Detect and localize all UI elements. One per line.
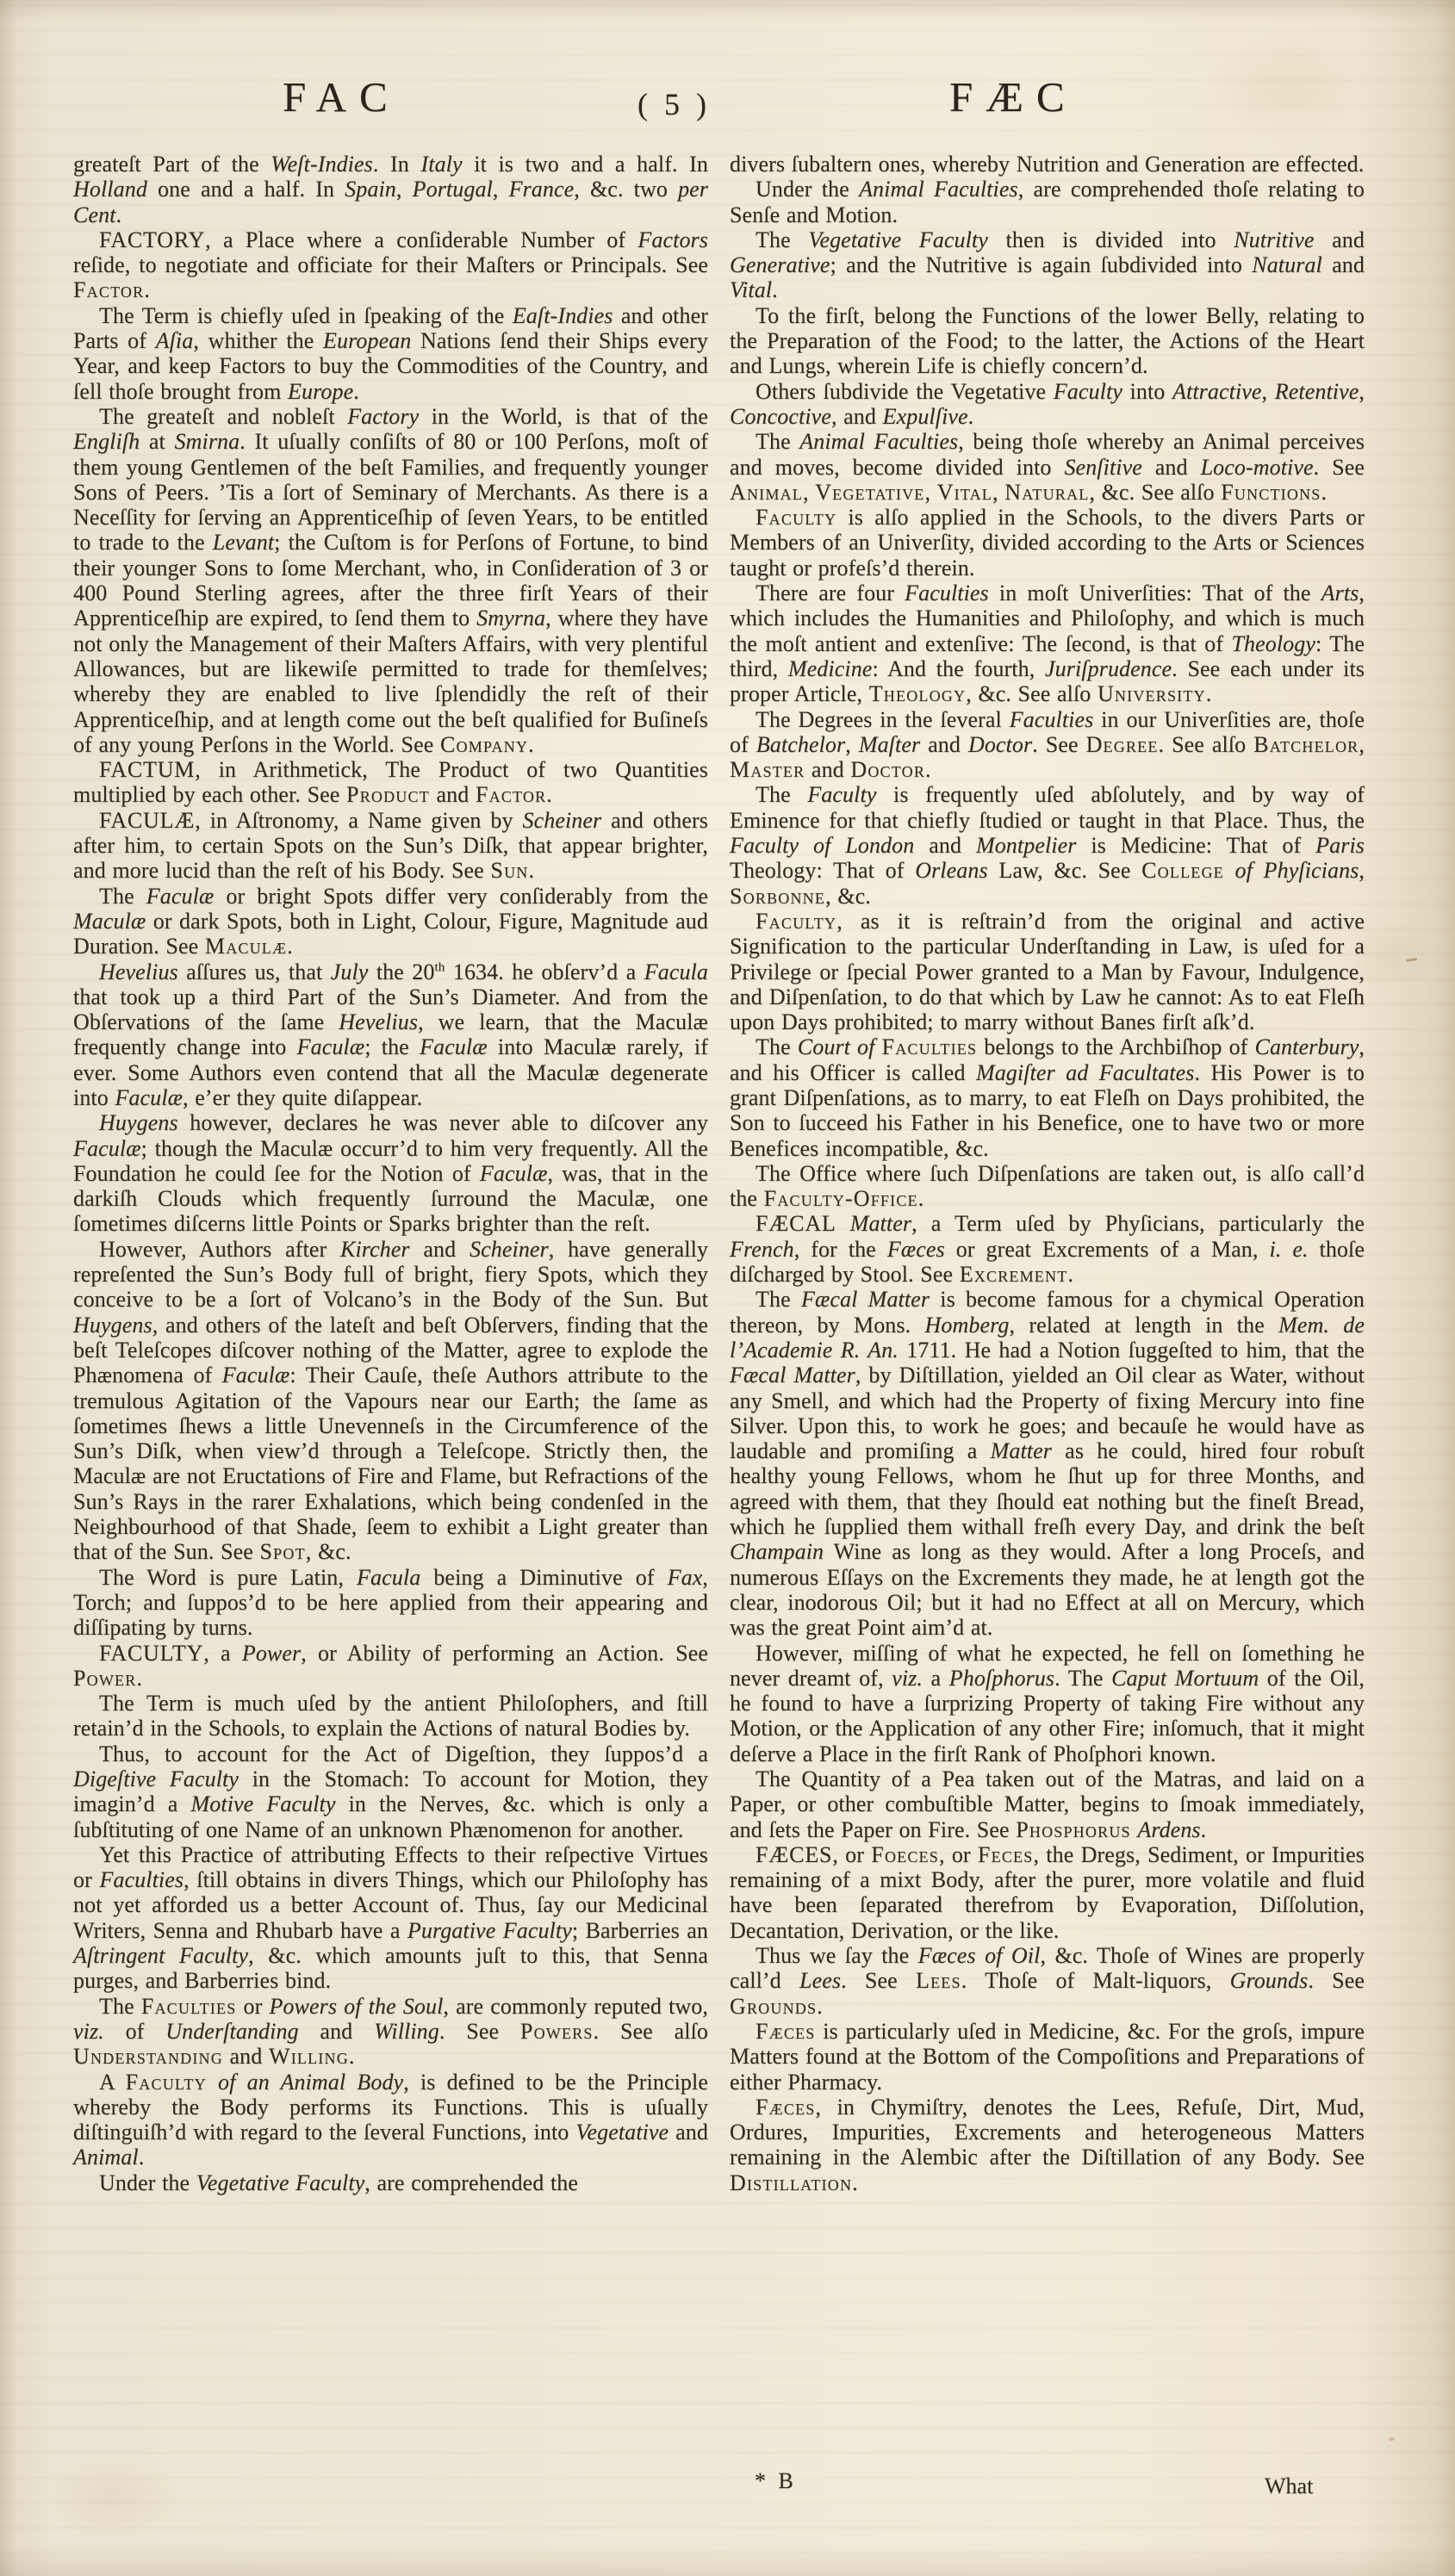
text-segment: Ardens [1137,1817,1200,1842]
text-segment: . See [841,1968,916,1993]
text-segment: The [99,884,146,909]
text-segment: Matter [850,1211,911,1236]
header-left-title: FAC [283,72,401,121]
text-segment: Fæces [755,2095,815,2120]
text-segment: Natural [1004,480,1089,505]
text-segment: Willing [269,2044,349,2069]
text-segment: . [139,2145,145,2169]
text-segment: , related at length in the [1009,1313,1278,1338]
text-segment: The Word is pure Latin, [99,1565,357,1590]
text-segment: one and a half. In [147,177,345,202]
text-segment: , [1359,379,1365,404]
text-segment: Maculæ [73,909,146,934]
text-segment: Facula [644,959,708,984]
text-segment: College [1141,858,1224,883]
paragraph: FACULTY, a Power, or Ability of performi… [73,1641,708,1691]
text-segment: it is two and a half. In [463,152,708,177]
text-segment: Distillation [730,2170,852,2195]
text-segment: being a Diminutive of [420,1565,667,1590]
text-segment: , in Aſtronomy, a Name given by [195,808,522,833]
paragraph: FACTORY, a Place where a conſiderable Nu… [73,227,708,303]
text-segment: 1711. He had a Notion ſuggeſted to him, … [898,1338,1365,1362]
text-segment: Factor [73,277,144,302]
text-segment: Faculæ [146,884,215,909]
text-segment: French [730,1237,794,1262]
text-segment: Animal Faculties [859,177,1018,202]
text-segment: Vegetative [815,480,924,505]
text-segment: . In [373,152,421,177]
text-segment: University [1097,681,1206,706]
text-segment: into [1122,379,1172,404]
text-segment: Champain [730,1539,824,1564]
text-segment: Factors [637,227,708,252]
text-segment: Lees [799,1968,841,1993]
text-segment: Generative [730,252,830,277]
text-segment: , a Term uſed by Phyſicians, particularl… [911,1211,1365,1236]
text-segment: Holland [73,177,147,202]
text-segment: Powers [520,2019,594,2044]
text-segment: Company [440,732,528,757]
text-segment: Functions [1221,480,1321,505]
text-segment: The Degrees in the ſeveral [755,707,1010,732]
text-segment: , [924,480,936,505]
foxing-spot [1389,2437,1395,2441]
signature-mark: * B [755,2468,797,2494]
text-segment: Spain [345,177,396,202]
text-segment: FACTUM [99,757,195,782]
text-segment: Maſter [859,732,920,757]
text-segment: Fæcal Matter [730,1362,855,1387]
paragraph: FACULÆ, in Aſtronomy, a Name given by Sc… [73,808,708,884]
text-segment: and [223,2044,269,2069]
paragraph: To the firſt, belong the Functions of th… [730,303,1365,379]
text-segment: Faculæ [420,1034,488,1059]
text-segment: Montpelier [976,833,1077,858]
text-segment: The [755,429,799,454]
text-segment: France [509,177,575,202]
text-segment: , whither the [193,328,323,353]
text-segment: . [918,1186,924,1211]
text-segment: Homberg [925,1313,1010,1338]
text-segment: ; Barberries an [572,1918,708,1943]
text-segment: Fax [668,1565,703,1590]
text-segment: divers ſubaltern ones, whereby Nutrition… [730,152,1364,177]
paragraph: Under the Animal Faculties, are comprehe… [730,177,1365,227]
text-segment: , [493,177,509,202]
text-segment: of [104,2019,165,2044]
text-segment: and [1322,252,1365,277]
paragraph: Huygens however, declares he was never a… [73,1110,708,1236]
text-segment: July [331,959,369,984]
text-segment: . [925,757,931,782]
text-segment: Faculæ [480,1161,548,1186]
text-segment: Batchelor [756,732,845,757]
text-segment: . Thoſe of Malt-liquors, [961,1968,1230,1993]
text-segment: Wine as long as they would. After a long… [730,1539,1365,1640]
text-segment: of Phyſicians [1235,858,1359,883]
text-segment: Eaſt-Indies [513,303,613,328]
text-segment: Faculties [99,1867,183,1892]
text-segment: The [755,1034,798,1059]
paragraph: The Fæcal Matter is become famous for a … [730,1287,1365,1640]
text-segment: A [99,2070,126,2095]
text-segment: . [1206,681,1212,706]
text-segment: , are commonly reputed two, [443,1994,708,2019]
text-segment: Facula [357,1565,420,1590]
text-segment: Underſtanding [165,2019,298,2044]
text-segment: Factory [347,404,419,429]
text-segment: Medicine [788,656,873,681]
text-segment: ; the [364,1034,420,1059]
text-segment: Fæces [755,2019,815,2044]
text-segment: The greateſt and nobleſt [99,404,347,429]
text-segment: , or Ability of performing an Action. Se… [301,1641,708,1666]
text-segment: Hevelius [99,959,178,984]
text-segment: Motive Faculty [191,1791,336,1816]
text-segment: Italy [421,152,463,177]
paragraph: FACTUM, in Arithmetick, The Product of t… [73,757,708,808]
text-segment: FÆCAL [755,1211,836,1236]
text-segment: Faculty of London [730,833,914,858]
text-segment: , or [832,1842,871,1867]
text-segment: Lees [916,1968,961,1993]
text-segment: : Their Cauſe, theſe Authors attribute t… [73,1362,708,1564]
text-segment: Purgative Faculty [407,1918,572,1943]
text-segment: Aſia [156,328,194,353]
ink-speck [1406,958,1417,961]
text-segment: , &c. [306,1539,351,1564]
paragraph: FÆCES, or Foeces, or Feces, the Dregs, S… [730,1842,1365,1943]
text-segment: Aſtringent Faculty [73,1943,248,1968]
text-segment: Doctor [968,732,1032,757]
text-segment: ; and the Nutritive is again ſubdivided … [830,252,1253,277]
text-segment: Vegetative Faculty [808,227,988,252]
text-segment: or bright Spots differ very conſiderably… [214,884,708,909]
text-segment: or [236,1994,269,2019]
text-segment: Natural [1252,252,1322,277]
text-segment: Others ſubdivide the Vegetative [755,379,1054,404]
paragraph: The Quantity of a Pea taken out of the M… [730,1766,1365,1842]
text-segment: Thus we ſay the [755,1943,918,1968]
text-segment: , a [203,1641,242,1666]
text-segment: in the World, is that of the [419,404,708,429]
text-segment: and [805,757,850,782]
paragraph: Faculty, as it is reſtrain’d from the or… [730,909,1365,1034]
text-segment: Phosphorus [1016,1817,1131,1842]
text-segment: Faculæ [297,1034,365,1059]
text-segment: Grounds [1230,1968,1309,1993]
paragraph: Fæces is particularly uſed in Medicine, … [730,2019,1365,2095]
page-background: FAC ( 5 ) FÆC greateſt Part of the Weſt-… [0,0,1455,2576]
text-segment: , a Place where a conſiderable Number of [205,227,637,252]
text-segment: or great Excrements of a Man, [945,1237,1270,1262]
paragraph: The greateſt and nobleſt Factory in the … [73,404,708,757]
text-segment: . See [1308,1968,1365,1993]
paragraph: The Degrees in the ſeveral Faculties in … [730,707,1365,783]
text-segment: Huygens [99,1110,178,1135]
text-segment: FACTORY [99,227,205,252]
text-segment: Product [346,782,430,807]
text-segment: Scheiner [522,808,601,833]
text-segment: Scheiner [469,1237,549,1262]
text-segment: Smirna [175,429,240,454]
paragraph: Yet this Practice of attributing Effects… [73,1842,708,1994]
text-segment: Faculties [1010,707,1094,732]
text-segment: Faculæ [73,1136,141,1161]
paragraph: There are four Faculties in moſt Univerſ… [730,580,1365,706]
text-segment: the 20 [368,959,434,984]
text-segment: FACULTY [99,1641,203,1666]
text-segment: . [116,202,122,227]
text-segment: Faculæ [222,1362,290,1387]
text-segment: . See [1032,732,1085,757]
catchword: What [1265,2474,1313,2499]
text-segment: Portugal [413,177,493,202]
paragraph: Faculty is alſo applied in the Schools, … [730,505,1365,580]
text-segment: is particularly uſed in Medicine, &c. Fo… [730,2019,1365,2095]
text-segment: Weſt-Indies [270,152,373,177]
text-segment: and [1142,455,1201,480]
text-segment: To the firſt, belong the Functions of th… [730,303,1365,379]
header-right-title: FÆC [949,72,1078,121]
text-segment: The Term is chiefly uſed in ſpeaking of … [99,303,513,328]
page-number: ( 5 ) [637,86,711,122]
text-segment: however, declares he was never able to d… [178,1110,708,1135]
text-segment: . [136,1666,142,1691]
text-segment: Degree [1086,732,1159,757]
text-segment: . See [439,2019,520,2044]
text-segment: . [353,379,359,404]
text-segment: , [845,732,859,757]
text-segment: Faculty [126,2070,207,2095]
text-segment: Under the [755,177,859,202]
text-segment: . See alſo [1159,732,1254,757]
text-segment: . [968,404,974,429]
text-segment: . [546,782,552,807]
text-segment: The [755,227,808,252]
text-segment: , and [831,404,883,429]
text-segment: , or [939,1842,978,1867]
paragraph: Others ſubdivide the Vegetative Faculty … [730,379,1365,430]
text-segment: , [396,177,413,202]
text-segment: , [1262,379,1275,404]
text-segment: Understanding [73,2044,223,2069]
text-segment: . [1321,480,1327,505]
paragraph: The Court of Faculties belongs to the Ar… [730,1034,1365,1160]
text-segment: Excrement [960,1262,1068,1287]
text-segment: : And the fourth, [872,656,1045,681]
text-segment: viz. [892,1666,923,1691]
text-segment: Magiſter ad Facultates [976,1060,1195,1085]
paragraph: Fæces, in Chymiſtry, denotes the Lees, R… [730,2095,1365,2195]
paragraph: The Faculty is frequently uſed abſolutel… [730,782,1365,908]
text-segment: Arts [1321,580,1359,605]
text-segment: and [920,732,968,757]
paragraph: The Animal Faculties, being thoſe whereb… [730,429,1365,505]
text-segment: belongs to the Archbiſhop of [977,1034,1254,1059]
text-segment: . [772,277,778,302]
text-segment: and [430,782,476,807]
text-segment: aſſures us, that [178,959,331,984]
text-segment: , &c. See alſo [1089,480,1221,505]
text-segment: Faculæ [115,1085,183,1110]
text-segment [1224,858,1235,883]
text-segment: Faculties [905,580,989,605]
text-segment: . See [1314,455,1365,480]
text-segment: , [803,480,815,505]
text-segment: Powers of the Soul [269,1994,443,2019]
text-segment: . [852,2170,858,2195]
paragraph: Under the Vegetative Faculty, are compre… [73,2170,708,2195]
text-segment: a [923,1666,949,1691]
text-segment: i. e. [1269,1237,1308,1262]
text-segment: Kircher [340,1237,410,1262]
text-segment: Law, &c. See [988,858,1141,883]
text-segment: , [1359,858,1365,883]
text-segment: Vital [730,277,772,302]
text-segment: , for the [794,1237,887,1262]
text-segment: Court of [798,1034,875,1059]
text-segment: and [668,2120,708,2145]
text-segment: European [323,328,411,353]
text-segment: . [1201,1817,1207,1842]
text-segment: , [1359,732,1365,757]
text-segment: Sun [490,858,528,883]
text-segment: Vital [937,480,992,505]
text-segment: Theology [1231,631,1315,656]
paragraph: The Term is much uſed by the antient Phi… [73,1691,708,1741]
text-segment: FACULÆ [99,808,195,833]
text-segment: Under the [99,2170,196,2195]
paragraph: divers ſubaltern ones, whereby Nutrition… [730,152,1365,177]
text-segment: is Medicine: That of [1076,833,1315,858]
text-segment: . [528,732,534,757]
paragraph: The Word is pure Latin, Facula being a D… [73,1565,708,1641]
paragraph: Thus, to account for the Act of Digeſtio… [73,1741,708,1842]
text-segment: Faculties [882,1034,978,1059]
paragraph: greateſt Part of the Weſt-Indies. In Ita… [73,152,708,227]
text-segment: . The [1054,1666,1111,1691]
text-segment: Vegetative [575,2120,668,2145]
text-segment: Paris [1315,833,1365,858]
text-segment: . [1067,1262,1073,1287]
text-segment: Faculty [755,505,836,530]
text-segment: Power [242,1641,301,1666]
text-segment: Fæcal Matter [801,1287,930,1312]
text-segment: Willing [374,2019,439,2044]
text-segment: Master [730,757,805,782]
text-segment: Fæces [887,1237,945,1262]
text-segment: Factor [476,782,546,807]
text-segment: , in Chymiſtry, denotes the Lees, Refuſe… [730,2095,1365,2170]
paragraph: The Office where ſuch Diſpenſations are … [730,1161,1365,1212]
text-segment: , &c. [825,884,871,909]
text-segment: . [287,934,293,959]
text-segment: , [992,480,1004,505]
paragraph: FÆCAL Matter, a Term uſed by Phyſicians,… [730,1211,1365,1287]
text-segment: and [914,833,976,858]
text-segment: and [410,1237,469,1262]
column-left: greateſt Part of the Weſt-Indies. In Ita… [73,152,708,2195]
text-segment: Fæces of Oil [918,1943,1041,1968]
paragraph: The Faculæ or bright Spots differ very c… [73,884,708,959]
text-segment: Phoſphorus [949,1666,1054,1691]
text-segment: , e’er they quite diſappear. [183,1085,422,1110]
text-segment: viz. [73,2019,104,2044]
text-segment: . [349,2044,355,2069]
text-segment: Animal [730,480,803,505]
text-segment: , &c. two [574,177,678,202]
text-segment: Loco-motive [1201,455,1314,480]
text-segment: Retentive [1275,379,1359,404]
text-segment: Faculty [755,909,836,934]
text-segment: , are comprehended the [364,2170,578,2195]
text-segment: Concoctive [730,404,831,429]
text-segment: Canterbury [1255,1034,1359,1059]
text-segment: There are four [755,580,905,605]
paragraph: Hevelius aſſures us, that July the 20th … [73,959,708,1111]
text-segment: . [528,858,534,883]
text-segment: However, Authors after [99,1237,340,1262]
text-segment: Matter [991,1438,1052,1463]
text-segment: Engliſh [73,429,140,454]
text-segment: in moſt Univerſities: That of the [989,580,1321,605]
text-segment: and [1315,227,1365,252]
paragraph: However, miſſing of what he expected, he… [730,1641,1365,1766]
text-segment: Senſitive [1064,455,1141,480]
text-segment: th [435,960,445,974]
text-segment: , &c. See alſo [966,681,1097,706]
text-segment: Smyrna [476,605,545,630]
text-segment: Hevelius [339,1009,418,1034]
text-segment: and [299,2019,374,2044]
text-segment: Faculty [1054,379,1122,404]
text-segment: at [140,429,174,454]
text-segment: of an Animal Body [218,2070,403,2095]
text-segment: Thus, to account for the Act of Digeſtio… [99,1741,708,1766]
text-segment: Attractive [1172,379,1262,404]
paragraph: The Faculties or Powers of the Soul, are… [73,1994,708,2070]
text-segment: The [99,1994,141,2019]
text-segment: Caput Mortuum [1111,1666,1259,1691]
text-segment: Power [73,1666,136,1691]
text-segment: Batchelor [1253,732,1359,757]
text-segment: then is divided into [988,227,1234,252]
text-segment: 1634. he obſerv’d a [445,959,644,984]
text-segment: Orleans [915,858,987,883]
text-segment: FÆCES [755,1842,832,1867]
text-segment: The [755,782,807,807]
text-segment: reſide, to negotiate and officiate for t… [73,252,708,277]
text-segment: Faculties [141,1994,237,2019]
text-segment: Faculty-Office [764,1186,918,1211]
text-segment: or dark Spots, both in Light, Colour, Fi… [73,909,708,959]
text-segment: Theology [869,681,966,706]
text-segment: greateſt Part of the [73,152,270,177]
paragraph: However, Authors after Kircher and Schei… [73,1237,708,1565]
text-segment: Sorbonne [730,884,825,909]
text-segment: . [144,277,150,302]
text-segment: The Term is much uſed by the antient Phi… [73,1691,708,1741]
column-right: divers ſubaltern ones, whereby Nutrition… [730,152,1365,2195]
text-segment: Nutritive [1234,227,1314,252]
text-segment: Grounds [730,1994,817,2019]
text-segment: Juriſprudence [1045,656,1172,681]
text-segment: Vegetative Faculty [196,2170,365,2195]
text-segment: Expulſive [883,404,968,429]
text-segment: Digeſtive Faculty [73,1766,239,1791]
text-segment: Animal Faculties [799,429,958,454]
